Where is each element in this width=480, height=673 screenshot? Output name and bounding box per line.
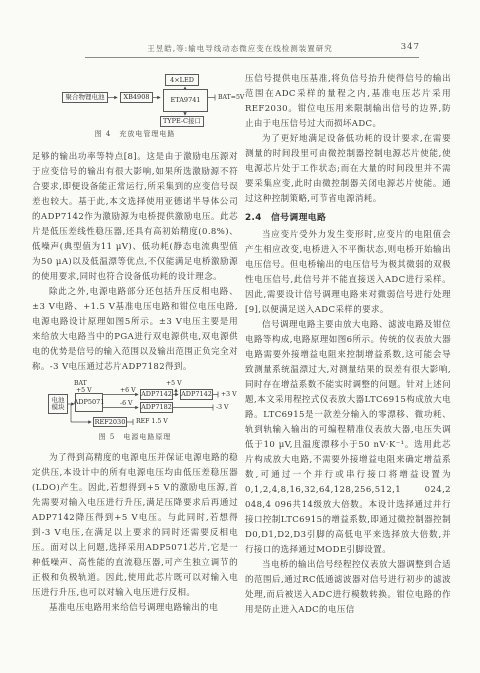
section-heading-2-4: 2.4 信号调理电路 bbox=[245, 211, 451, 226]
paragraph: 除此之外,电源电路部分还包括升压反相电路、±3 V电路、+1.5 V基准电压电路… bbox=[32, 285, 238, 375]
box-adp7142-second: ADP7142 bbox=[180, 389, 213, 400]
box-led: 4×LED bbox=[165, 74, 199, 86]
figure-4-diagram: 4×LED 聚合物锂电池 XB4908 ETA9741 TYPE-C接口 BAT… bbox=[32, 74, 238, 142]
header-rule bbox=[85, 57, 419, 58]
paragraph: 压信号提供电压基准,将负信号抬升使得信号的输出范围在ADC采样的量程之内,基准电… bbox=[245, 72, 451, 132]
box-adp5071: ADP5071 bbox=[75, 393, 103, 412]
page-number: 347 bbox=[401, 42, 420, 52]
left-column: 4×LED 聚合物锂电池 XB4908 ETA9741 TYPE-C接口 BAT… bbox=[32, 72, 238, 618]
label-plus5v-tap: +5 V bbox=[166, 380, 182, 387]
figure-5-caption: 图 5 电源电路原理 bbox=[32, 432, 238, 442]
box-polymer-battery: 聚合物锂电池 bbox=[62, 92, 108, 103]
label-bat: BAT bbox=[74, 380, 87, 387]
box-type-c-port: TYPE-C接口 bbox=[160, 116, 204, 127]
box-adp7142-first: ADP7142 bbox=[140, 389, 173, 400]
text-columns: 4×LED 聚合物锂电池 XB4908 ETA9741 TYPE-C接口 BAT… bbox=[32, 72, 451, 618]
label-minus3v: -3 V bbox=[216, 404, 228, 411]
paragraph: 基准电压电路用来给信号调理电路输出的电 bbox=[32, 601, 238, 616]
paper-page: 王昱皓,等:输电导线动态微应变在线检测装置研究 347 bbox=[0, 0, 480, 673]
label-plus6v: +6 V bbox=[120, 387, 136, 394]
box-ref2030: REF2030 bbox=[93, 417, 127, 427]
paragraph: 当电桥的输出信号经程控仪表放大器调整到合适的范围后,通过RC低通滤波器对信号进行… bbox=[245, 558, 451, 618]
right-column: 压信号提供电压基准,将负信号抬升使得信号的输出范围在ADC采样的量程之内,基准电… bbox=[245, 72, 451, 618]
label-minus6v: -6 V bbox=[120, 400, 132, 407]
paragraph: 足够的输出功率等特点[8]。这是由于激励电压源对于应变信号的输出有很大影响,如果… bbox=[32, 150, 238, 285]
label-bat-5v: BAT=5V bbox=[218, 94, 244, 101]
paragraph: 为了得到高精度的电源电压并保证电源电路的稳定供压,本设计中的所有电源电压均由低压… bbox=[32, 451, 238, 601]
box-xb4908: XB4908 bbox=[120, 92, 153, 103]
box-battery-module: 电池 模块 bbox=[48, 394, 68, 414]
figure-5-diagram: BAT +5 V 电池 模块 ADP5071 +6 V -6 V +5 V AD… bbox=[32, 379, 238, 443]
paragraph: 为了更好地满足设备低功耗的设计要求,在需要测量的时间段里可由微控制器控制电源芯片… bbox=[245, 132, 451, 207]
figure-4-caption: 图 4 充放电管理电路 bbox=[32, 129, 238, 139]
paragraph: 当应变片受外力发生变形时,应变片的电阻值会产生相应改变,电桥进入不平衡状态,则电… bbox=[245, 228, 451, 318]
box-eta9741: ETA9741 bbox=[163, 89, 208, 112]
box-adp7182: ADP7182 bbox=[140, 402, 173, 413]
label-ref-1v5: REF 1.5 V bbox=[136, 418, 168, 425]
paragraph: 信号调理电路主要由放大电路、滤波电路及钳位电路等构成,电路原理如图6所示。传统的… bbox=[245, 318, 451, 558]
label-plus3v: +3 V bbox=[221, 391, 237, 398]
